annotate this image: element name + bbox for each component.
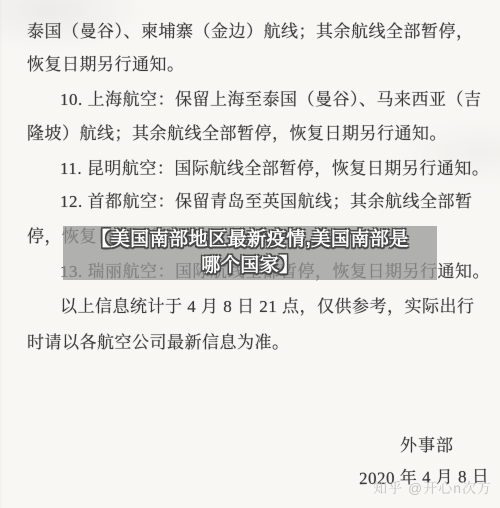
banner-title-line1: 【美国南部地区最新疫情,美国南部是 <box>91 227 409 253</box>
document-line: 恢复日期另行通知。 <box>27 50 185 75</box>
document-line: 以上信息统计于 4 月 8 日 21 点，仅供参考，实际出行 <box>60 292 475 317</box>
overlay-title-banner: 【美国南部地区最新疫情,美国南部是 哪个国家】 <box>63 226 437 280</box>
document-line: 10. 上海航空：保留上海至泰国（曼谷）、马来西亚（吉 <box>60 85 482 110</box>
document-line: 泰国（曼谷）、柬埔寨（金边）航线；其余航线全部暂停， <box>27 17 474 42</box>
zhihu-watermark: 知乎 @开心n次方 <box>373 478 492 498</box>
document-line: 时请以各航空公司最新信息为准。 <box>27 328 290 353</box>
document-line: 11. 昆明航空：国际航线全部暂停，恢复日期另行通知。 <box>60 154 489 179</box>
document-line: 12. 首都航空：保留青岛至英国航线；其余航线全部暂 <box>60 187 473 212</box>
signature-department: 外事部 <box>400 431 454 456</box>
scanned-document-page: 泰国（曼谷）、柬埔寨（金边）航线；其余航线全部暂停， 恢复日期另行通知。 10.… <box>0 0 500 508</box>
banner-title-line2: 哪个国家】 <box>201 253 299 279</box>
document-line: 隆坡）航线；其余航线全部暂停，恢复日期另行通知。 <box>27 119 447 144</box>
